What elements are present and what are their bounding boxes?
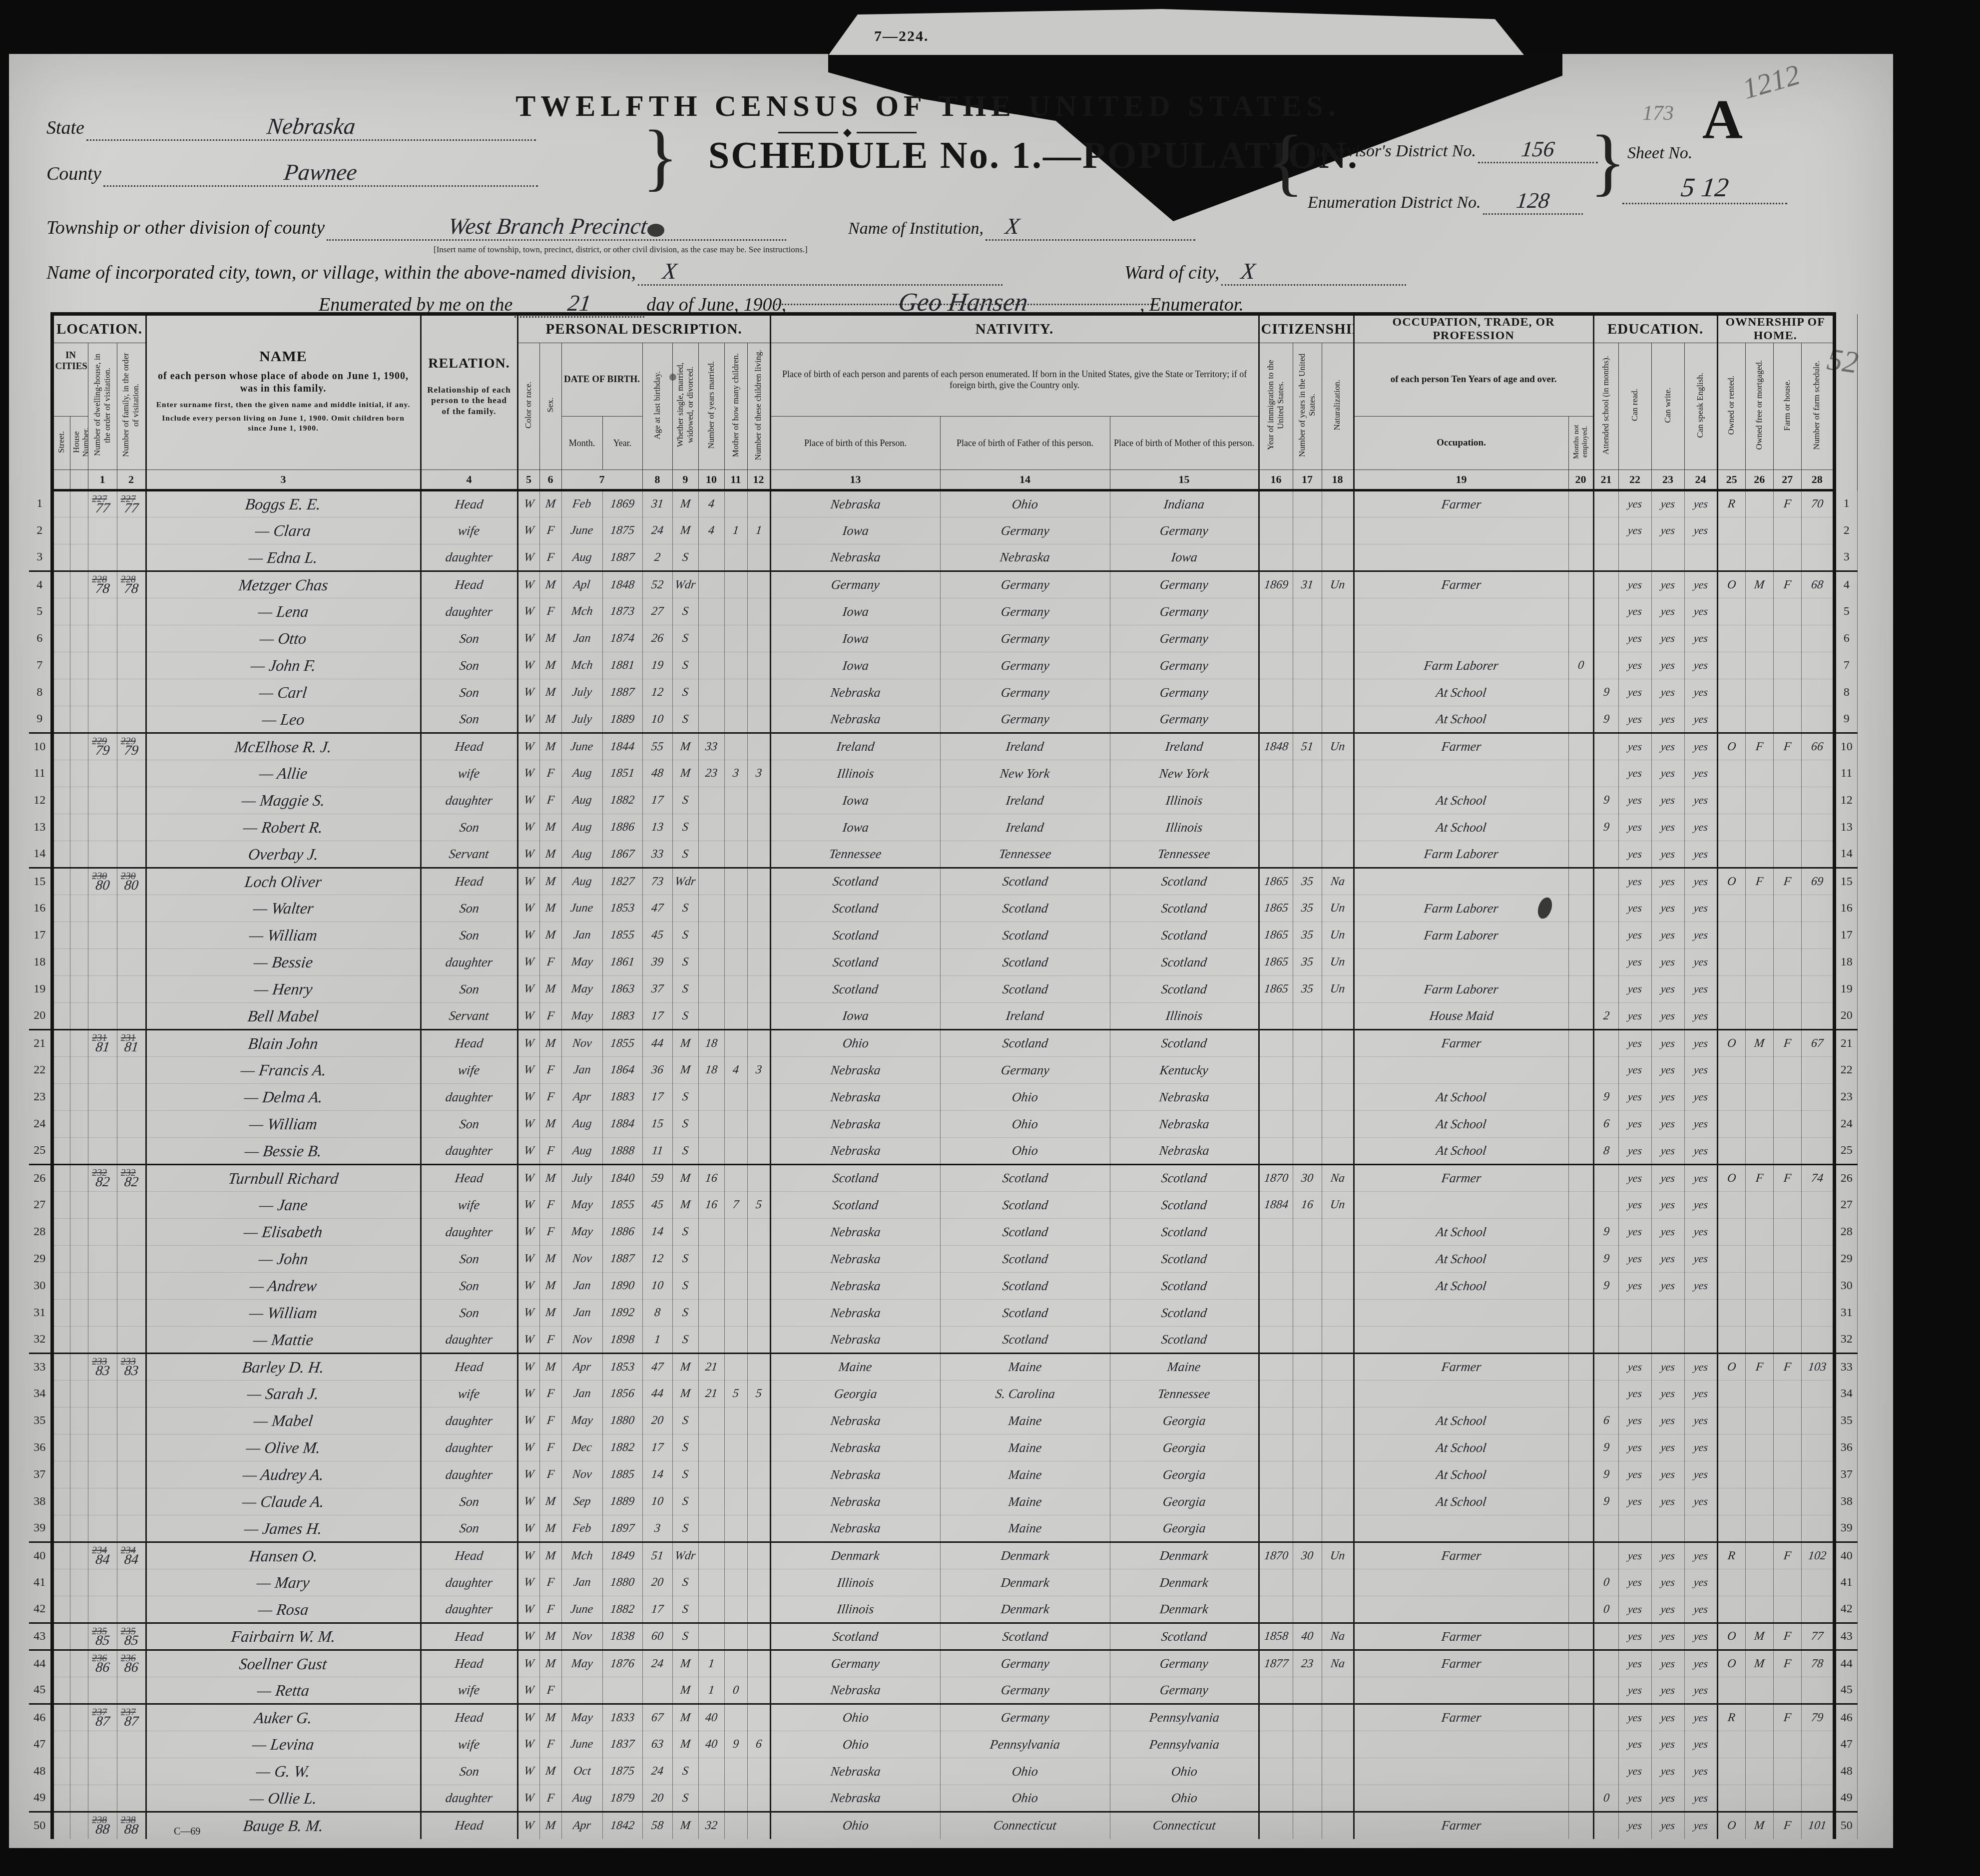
years-in-us — [1293, 706, 1322, 733]
birth-month — [561, 1677, 602, 1704]
mother-of-children — [724, 1219, 747, 1246]
dwelling-number — [88, 922, 117, 949]
table-row: 41— MarydaughterWFJan188020SIllinoisDenm… — [29, 1569, 1857, 1596]
months-not-employed — [1568, 1650, 1593, 1677]
years-married: 16 — [698, 1165, 724, 1192]
can-read: yes — [1618, 490, 1651, 517]
can-write: yes — [1651, 490, 1684, 517]
naturalization — [1322, 1300, 1354, 1327]
color-race: W — [517, 1165, 539, 1192]
can-speak-english: yes — [1684, 1003, 1717, 1030]
sex: M — [539, 733, 561, 760]
can-read: yes — [1618, 1192, 1651, 1219]
sex: M — [539, 841, 561, 868]
relation: daughter — [421, 1084, 517, 1111]
can-write: yes — [1651, 1461, 1684, 1488]
dwelling-number-value: 84 — [89, 1553, 116, 1566]
can-read: yes — [1618, 1165, 1651, 1192]
children-living — [747, 1434, 770, 1461]
immigration-year — [1259, 841, 1293, 868]
line-number: 43 — [29, 1623, 52, 1650]
can-speak-english: yes — [1684, 1812, 1717, 1839]
relation: Son — [421, 706, 517, 733]
can-write: yes — [1651, 841, 1684, 868]
color-race: W — [517, 1488, 539, 1515]
occupation: At School — [1354, 706, 1568, 733]
farm-schedule: 66 — [1801, 733, 1834, 760]
marital-status: S — [672, 1273, 698, 1300]
sex: F — [539, 1434, 561, 1461]
can-speak-english: yes — [1684, 1731, 1717, 1758]
can-speak-english: yes — [1684, 841, 1717, 868]
family-number — [117, 625, 146, 652]
line-number: 23 — [29, 1084, 52, 1111]
years-married — [698, 1785, 724, 1812]
can-write: yes — [1651, 1623, 1684, 1650]
free-mortgaged: F — [1745, 1165, 1773, 1192]
occupation: At School — [1354, 1273, 1568, 1300]
house-number — [70, 1030, 88, 1057]
relation: daughter — [421, 1219, 517, 1246]
birthplace: Illinois — [770, 1569, 940, 1596]
relation: Son — [421, 1300, 517, 1327]
pencil-note-1212: 1212 — [1739, 57, 1804, 105]
dwelling-number — [88, 1677, 117, 1704]
years-married — [698, 787, 724, 814]
farm-schedule — [1801, 1273, 1834, 1300]
father-birthplace: Ohio — [940, 490, 1110, 517]
farm-house — [1773, 544, 1801, 571]
mother-of-children — [724, 1758, 747, 1785]
dwelling-number — [88, 1407, 117, 1434]
months-not-employed: 0 — [1568, 652, 1593, 679]
naturalization: Un — [1322, 922, 1354, 949]
dwelling-number-value: 88 — [89, 1823, 116, 1836]
mother-of-children — [724, 1623, 747, 1650]
sex-header: Sex. — [539, 343, 561, 470]
enumeration-field: Enumeration District No. 128 — [1308, 188, 1583, 215]
mother-of-children — [724, 1569, 747, 1596]
dwelling-number — [88, 949, 117, 976]
line-number-right: 31 — [1834, 1300, 1857, 1327]
sex: F — [539, 1084, 561, 1111]
school-months — [1593, 598, 1618, 625]
marital-status: S — [672, 949, 698, 976]
farm-house — [1773, 976, 1801, 1003]
occupation: At School — [1354, 1461, 1568, 1488]
years-married — [698, 652, 724, 679]
owned-rented — [1717, 598, 1745, 625]
birth-month: May — [561, 1219, 602, 1246]
left-brace: } — [642, 114, 678, 200]
birth-year: 1875 — [602, 1758, 642, 1785]
marital-status: M — [672, 1381, 698, 1407]
years-in-us — [1293, 1354, 1322, 1381]
sex: F — [539, 1461, 561, 1488]
months-not-employed — [1568, 1354, 1593, 1381]
can-speak-english — [1684, 1515, 1717, 1542]
free-mortgaged — [1745, 1084, 1773, 1111]
occupation: Farm Laborer — [1354, 895, 1568, 922]
children-living — [747, 1542, 770, 1569]
children-living — [747, 1461, 770, 1488]
can-speak-english: yes — [1684, 1704, 1717, 1731]
street — [52, 1704, 70, 1731]
occupation — [1354, 1057, 1568, 1084]
family-number — [117, 895, 146, 922]
mother-birthplace: New York — [1110, 760, 1259, 787]
school-months — [1593, 517, 1618, 544]
years-in-us — [1293, 1515, 1322, 1542]
sex: F — [539, 1138, 561, 1165]
name-group: NAME of each person whose place of abode… — [146, 314, 421, 470]
years-in-us — [1293, 1111, 1322, 1138]
color-race: W — [517, 733, 539, 760]
name: Hansen O. — [146, 1542, 421, 1569]
dwelling-number — [88, 1084, 117, 1111]
relation: daughter — [421, 1434, 517, 1461]
months-not-employed — [1568, 1488, 1593, 1515]
school-months — [1593, 490, 1618, 517]
free-mortgaged-header: Owned free or mortgaged. — [1745, 343, 1773, 470]
can-speak-english: yes — [1684, 868, 1717, 895]
marital-status: Wdr — [672, 571, 698, 598]
sex: F — [539, 1057, 561, 1084]
dwelling-number — [88, 1569, 117, 1596]
mother-birthplace: Germany — [1110, 1677, 1259, 1704]
owned-rented — [1717, 760, 1745, 787]
can-speak-english: yes — [1684, 1758, 1717, 1785]
farm-schedule — [1801, 841, 1834, 868]
owned-rented — [1717, 625, 1745, 652]
sheet-letter: A — [1702, 88, 1743, 152]
family-number — [117, 1488, 146, 1515]
line-number-right: 2 — [1834, 517, 1857, 544]
occupation: At School — [1354, 1434, 1568, 1461]
father-birthplace: Ohio — [940, 1758, 1110, 1785]
street — [52, 1084, 70, 1111]
age: 10 — [642, 1488, 672, 1515]
dwelling-number: 22878 — [88, 571, 117, 598]
years-in-us — [1293, 1812, 1322, 1839]
district-brace-close: } — [1590, 119, 1626, 205]
farm-house — [1773, 1111, 1801, 1138]
can-write: yes — [1651, 1731, 1684, 1758]
line-number-right: 24 — [1834, 1111, 1857, 1138]
farm-schedule — [1801, 625, 1834, 652]
owned-rented — [1717, 1407, 1745, 1434]
birthplace: Germany — [770, 1650, 940, 1677]
farm-schedule — [1801, 1219, 1834, 1246]
street — [52, 1192, 70, 1219]
table-row: 212318123181Blain JohnHeadWMNov185544M18… — [29, 1030, 1857, 1057]
children-living — [747, 1596, 770, 1623]
years-married — [698, 976, 724, 1003]
age: 55 — [642, 733, 672, 760]
name: — Claude A. — [146, 1488, 421, 1515]
age: 2 — [642, 544, 672, 571]
line-number-right: 10 — [1834, 733, 1857, 760]
children-living: 5 — [747, 1381, 770, 1407]
color-race: W — [517, 1704, 539, 1731]
state-label: State — [46, 117, 84, 138]
occupation — [1354, 517, 1568, 544]
family-number: 23888 — [117, 1812, 146, 1839]
birth-month: June — [561, 733, 602, 760]
months-not-employed — [1568, 895, 1593, 922]
immigration-year: 1858 — [1259, 1623, 1293, 1650]
can-write: yes — [1651, 949, 1684, 976]
months-not-employed — [1568, 571, 1593, 598]
immigration-year — [1259, 1731, 1293, 1758]
immigration-year — [1259, 1354, 1293, 1381]
line-number-right: 41 — [1834, 1569, 1857, 1596]
line-number-header-left — [29, 314, 52, 490]
street — [52, 1434, 70, 1461]
occupation: Farmer — [1354, 1165, 1568, 1192]
children-living — [747, 1246, 770, 1273]
months-not-employed — [1568, 976, 1593, 1003]
owned-rented: O — [1717, 1354, 1745, 1381]
birthplace: Nebraska — [770, 1111, 940, 1138]
naturalization — [1322, 1273, 1354, 1300]
father-birthplace: Germany — [940, 706, 1110, 733]
line-number-right: 42 — [1834, 1596, 1857, 1623]
education-group: EDUCATION. — [1593, 314, 1717, 343]
sex: M — [539, 976, 561, 1003]
age: 24 — [642, 517, 672, 544]
table-row: 42— RosadaughterWFJune188217SIllinoisDen… — [29, 1596, 1857, 1623]
table-row: 2— ClarawifeWFJune187524M411IowaGermanyG… — [29, 517, 1857, 544]
farm-house: F — [1773, 1030, 1801, 1057]
naturalization: Un — [1322, 733, 1354, 760]
years-in-us: 30 — [1293, 1542, 1322, 1569]
months-not-employed — [1568, 1758, 1593, 1785]
house-number — [70, 1731, 88, 1758]
months-not-employed — [1568, 733, 1593, 760]
house-number — [70, 1246, 88, 1273]
family-number — [117, 679, 146, 706]
naturalization — [1322, 598, 1354, 625]
free-mortgaged — [1745, 490, 1773, 517]
marital-status: S — [672, 706, 698, 733]
owned-rented — [1717, 544, 1745, 571]
years-in-us — [1293, 1731, 1322, 1758]
dwelling-number — [88, 1111, 117, 1138]
table-row: 30— AndrewSonWMJan189010SNebraskaScotlan… — [29, 1273, 1857, 1300]
birthplace: Iowa — [770, 652, 940, 679]
relation-group: RELATION. Relationship of each person to… — [421, 314, 517, 470]
relation: wife — [421, 1381, 517, 1407]
naturalization — [1322, 1434, 1354, 1461]
naturalization — [1322, 1003, 1354, 1030]
age: 24 — [642, 1758, 672, 1785]
dwelling-number — [88, 1300, 117, 1327]
mother-of-children — [724, 1273, 747, 1300]
farm-house — [1773, 1407, 1801, 1434]
color-race: W — [517, 1434, 539, 1461]
years-in-us: 35 — [1293, 895, 1322, 922]
ink-speck — [669, 374, 676, 381]
house-number — [70, 787, 88, 814]
occupation: Farmer — [1354, 1542, 1568, 1569]
line-number: 24 — [29, 1111, 52, 1138]
farm-house — [1773, 1327, 1801, 1354]
color-race: W — [517, 868, 539, 895]
color-race: W — [517, 814, 539, 841]
marital-status: S — [672, 787, 698, 814]
house-number — [70, 490, 88, 517]
free-mortgaged — [1745, 814, 1773, 841]
years-in-us — [1293, 517, 1322, 544]
street — [52, 1111, 70, 1138]
birthplace: Denmark — [770, 1542, 940, 1569]
line-number: 38 — [29, 1488, 52, 1515]
township-value: West Branch Precinct — [447, 213, 649, 239]
children-living — [747, 1030, 770, 1057]
name: Overbay J. — [146, 841, 421, 868]
years-in-us: 16 — [1293, 1192, 1322, 1219]
table-row: 29— JohnSonWMNov188712SNebraskaScotlandS… — [29, 1246, 1857, 1273]
name: — Ollie L. — [146, 1785, 421, 1812]
color-race: W — [517, 1515, 539, 1542]
farm-schedule — [1801, 679, 1834, 706]
can-speak-english — [1684, 544, 1717, 571]
years-married — [698, 1003, 724, 1030]
farm-schedule — [1801, 1192, 1834, 1219]
children-living — [747, 1569, 770, 1596]
father-birthplace: Germany — [940, 571, 1110, 598]
mother-of-children — [724, 976, 747, 1003]
nativity-group: NATIVITY. — [770, 314, 1259, 343]
house-number — [70, 544, 88, 571]
owned-rented — [1717, 652, 1745, 679]
months-not-employed — [1568, 1300, 1593, 1327]
name: — Robert R. — [146, 814, 421, 841]
can-write: yes — [1651, 1165, 1684, 1192]
footer-code: C—69 — [174, 1826, 200, 1838]
line-number-right: 39 — [1834, 1515, 1857, 1542]
can-read: yes — [1618, 1488, 1651, 1515]
mother-of-children — [724, 625, 747, 652]
birthplace: Ireland — [770, 733, 940, 760]
birthplace: Scotland — [770, 1192, 940, 1219]
naturalization — [1322, 1246, 1354, 1273]
marital-status: M — [672, 490, 698, 517]
family-number — [117, 1300, 146, 1327]
line-number: 40 — [29, 1542, 52, 1569]
free-mortgaged: M — [1745, 1812, 1773, 1839]
years-in-us — [1293, 1003, 1322, 1030]
school-months — [1593, 1327, 1618, 1354]
years-in-us: 35 — [1293, 949, 1322, 976]
color-race: W — [517, 571, 539, 598]
immigration-year — [1259, 490, 1293, 517]
can-read: yes — [1618, 1273, 1651, 1300]
line-number-right: 47 — [1834, 1731, 1857, 1758]
owned-rented: O — [1717, 571, 1745, 598]
age: 24 — [642, 1650, 672, 1677]
birth-year: 1885 — [602, 1461, 642, 1488]
family-number — [117, 1327, 146, 1354]
birth-year: 1875 — [602, 517, 642, 544]
color-race: W — [517, 787, 539, 814]
line-number: 7 — [29, 652, 52, 679]
can-write — [1651, 1300, 1684, 1327]
line-number: 4 — [29, 571, 52, 598]
mother-of-children — [724, 841, 747, 868]
marital-status: S — [672, 544, 698, 571]
free-mortgaged — [1745, 1057, 1773, 1084]
years-married — [698, 1111, 724, 1138]
school-months: 8 — [1593, 1138, 1618, 1165]
years-married: 40 — [698, 1731, 724, 1758]
family-number — [117, 1407, 146, 1434]
dwelling-number-value: 85 — [89, 1634, 116, 1647]
school-months — [1593, 544, 1618, 571]
street — [52, 1461, 70, 1488]
line-number-right: 28 — [1834, 1219, 1857, 1246]
can-speak-english: yes — [1684, 1488, 1717, 1515]
immigration-year — [1259, 1057, 1293, 1084]
house-number — [70, 1812, 88, 1839]
occupation: Farmer — [1354, 1812, 1568, 1839]
sex: M — [539, 679, 561, 706]
years-married — [698, 1300, 724, 1327]
age: 73 — [642, 868, 672, 895]
farm-schedule-header: Number of farm schedule. — [1801, 343, 1834, 470]
color-race: W — [517, 1596, 539, 1623]
immigration-year — [1259, 1704, 1293, 1731]
father-birthplace: Germany — [940, 1677, 1110, 1704]
family-number-value: 81 — [118, 1041, 144, 1054]
farm-house: F — [1773, 571, 1801, 598]
can-speak-english: yes — [1684, 1219, 1717, 1246]
street — [52, 1273, 70, 1300]
city-field: Name of incorporated city, town, or vill… — [46, 258, 1865, 286]
school-months: 9 — [1593, 1246, 1618, 1273]
color-race: W — [517, 652, 539, 679]
children-living — [747, 598, 770, 625]
occupation: At School — [1354, 1246, 1568, 1273]
mother-birthplace: Illinois — [1110, 1003, 1259, 1030]
dwelling-number — [88, 895, 117, 922]
years-in-us — [1293, 1488, 1322, 1515]
immigration-year — [1259, 679, 1293, 706]
sex: M — [539, 1354, 561, 1381]
mother-birthplace: Georgia — [1110, 1488, 1259, 1515]
street — [52, 571, 70, 598]
relation: Son — [421, 922, 517, 949]
mother-of-children — [724, 1327, 747, 1354]
naturalization — [1322, 1030, 1354, 1057]
street — [52, 706, 70, 733]
family-number: 23585 — [117, 1623, 146, 1650]
family-number: 23181 — [117, 1030, 146, 1057]
years-in-us — [1293, 787, 1322, 814]
table-row: 102297922979McElhose R. J.HeadWMJune1844… — [29, 733, 1857, 760]
age: 11 — [642, 1138, 672, 1165]
age: 59 — [642, 1165, 672, 1192]
months-not-employed — [1568, 1138, 1593, 1165]
birth-year: 1851 — [602, 760, 642, 787]
birthplace: Nebraska — [770, 544, 940, 571]
can-speak-english: yes — [1684, 517, 1717, 544]
can-speak-english: yes — [1684, 1434, 1717, 1461]
family-number-value: 84 — [118, 1553, 144, 1566]
relation: Son — [421, 625, 517, 652]
house-number — [70, 1569, 88, 1596]
